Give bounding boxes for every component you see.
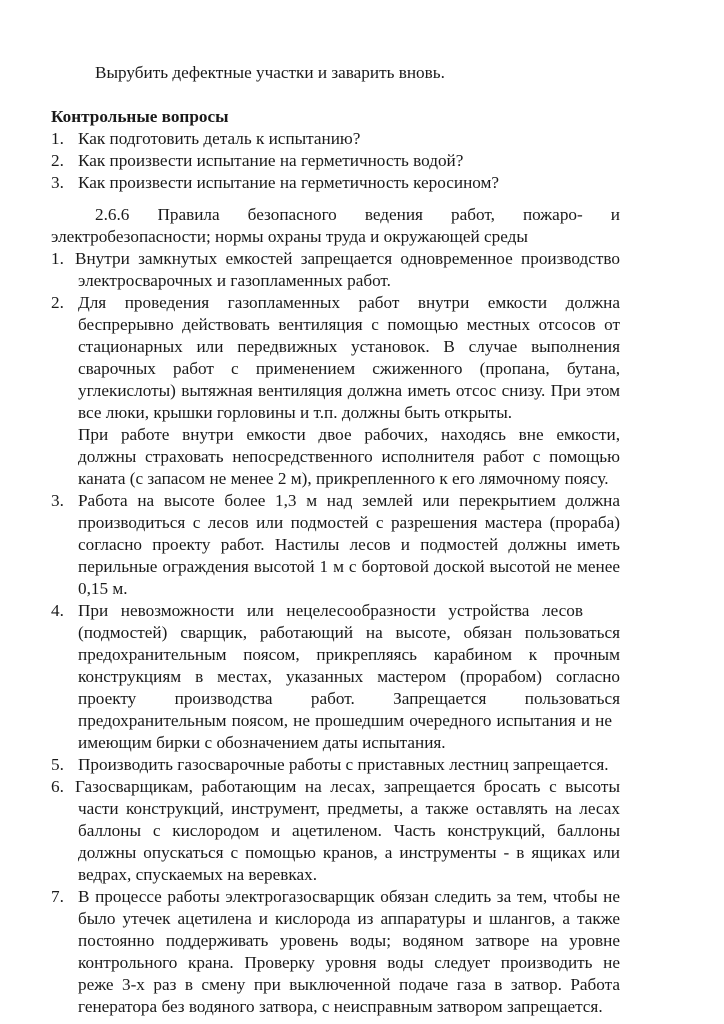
rule-line: электросварочных и газопламенных работ. bbox=[78, 270, 391, 292]
rule-line: генератора без водяного затвора, с неисп… bbox=[78, 996, 603, 1018]
rule-number: 7. bbox=[51, 886, 64, 908]
control-questions-heading: Контрольные вопросы bbox=[51, 106, 229, 128]
rule-line: (подмостей) сварщик, работающий на высот… bbox=[78, 622, 620, 644]
rule-number: 5. bbox=[51, 754, 64, 776]
rule-line: Для проведения газопламенных работ внутр… bbox=[78, 292, 620, 314]
question-text: Как произвести испытание на герметичност… bbox=[78, 150, 463, 172]
rule-number: 4. bbox=[51, 600, 64, 622]
rule-line: части конструкций, инструмент, предметы,… bbox=[78, 798, 620, 820]
rule-line: предохранительным поясом, не прошедшим о… bbox=[78, 710, 612, 732]
question-number: 2. bbox=[51, 150, 64, 172]
rule-line: беспрерывно действовать вентиляция с пом… bbox=[78, 314, 620, 336]
section-title-continued: электробезопасности; нормы охраны труда … bbox=[51, 226, 528, 248]
rule-line: ведрах, спускаемых на веревках. bbox=[78, 864, 317, 886]
question-text: Как произвести испытание на герметичност… bbox=[78, 172, 499, 194]
rule-line: 0,15 м. bbox=[78, 578, 128, 600]
rule-line: баллоны с кислородом и ацетиленом. Часть… bbox=[78, 820, 620, 842]
rule-line: предохранительным поясом, прикрепляясь к… bbox=[78, 644, 620, 666]
intro-line: Вырубить дефектные участки и заварить вн… bbox=[95, 62, 445, 84]
rule-line: было утечек ацетилена и кислорода из апп… bbox=[78, 908, 620, 930]
rule-line: сварочных работ с применением сжиженного… bbox=[78, 358, 620, 380]
rule-number: 2. bbox=[51, 292, 64, 314]
question-number: 1. bbox=[51, 128, 64, 150]
rule-line: При невозможности или нецелесообразности… bbox=[78, 600, 583, 622]
rule-line: контрольного крана. Проверку уровня воды… bbox=[78, 952, 620, 974]
rule-line: согласно проекту работ. Настилы лесов и … bbox=[78, 534, 620, 556]
rule-line: стационарных или передвижных установок. … bbox=[78, 336, 620, 358]
rule-line: конструкциям в местах, указанных мастеро… bbox=[78, 666, 620, 688]
section-title: 2.6.6 Правила безопасного ведения работ,… bbox=[95, 204, 620, 226]
rule-line: производиться с лесов или подмостей с ра… bbox=[78, 512, 620, 534]
rule-line: При работе внутри емкости двое рабочих, … bbox=[78, 424, 620, 446]
rule-line: должны страховать непосредственного испо… bbox=[78, 446, 620, 468]
question-text: Как подготовить деталь к испытанию? bbox=[78, 128, 360, 150]
rule-line: углекислоты) вытяжная вентиляция должна … bbox=[78, 380, 620, 402]
rule-line: должны опускаться с помощью кранов, а ин… bbox=[78, 842, 620, 864]
rule-line: имеющим бирки с обозначением даты испыта… bbox=[78, 732, 446, 754]
question-number: 3. bbox=[51, 172, 64, 194]
rule-line: Внутри замкнутых емкостей запрещается од… bbox=[75, 248, 620, 270]
rule-number: 1. bbox=[51, 248, 64, 270]
rule-line: Производить газосварочные работы с прист… bbox=[78, 754, 609, 776]
rule-line: Газосварщикам, работающим на лесах, запр… bbox=[75, 776, 620, 798]
rule-line: реже 3-х раз в смену при выключенной под… bbox=[78, 974, 620, 996]
rule-line: проекту производства работ. Запрещается … bbox=[78, 688, 620, 710]
rule-number: 3. bbox=[51, 490, 64, 512]
rule-line: все люки, крышки горловины и т.п. должны… bbox=[78, 402, 512, 424]
rule-line: перильные ограждения высотой 1 м с борто… bbox=[78, 556, 620, 578]
rule-line: каната (с запасом не менее 2 м), прикреп… bbox=[78, 468, 609, 490]
rule-line: постоянно поддерживать уровень воды; вод… bbox=[78, 930, 620, 952]
rule-number: 6. bbox=[51, 776, 64, 798]
rule-line: В процессе работы электрогазосварщик обя… bbox=[78, 886, 620, 908]
rule-line: Работа на высоте более 1,3 м над землей … bbox=[78, 490, 620, 512]
document-page: Вырубить дефектные участки и заварить вн… bbox=[0, 0, 724, 1024]
